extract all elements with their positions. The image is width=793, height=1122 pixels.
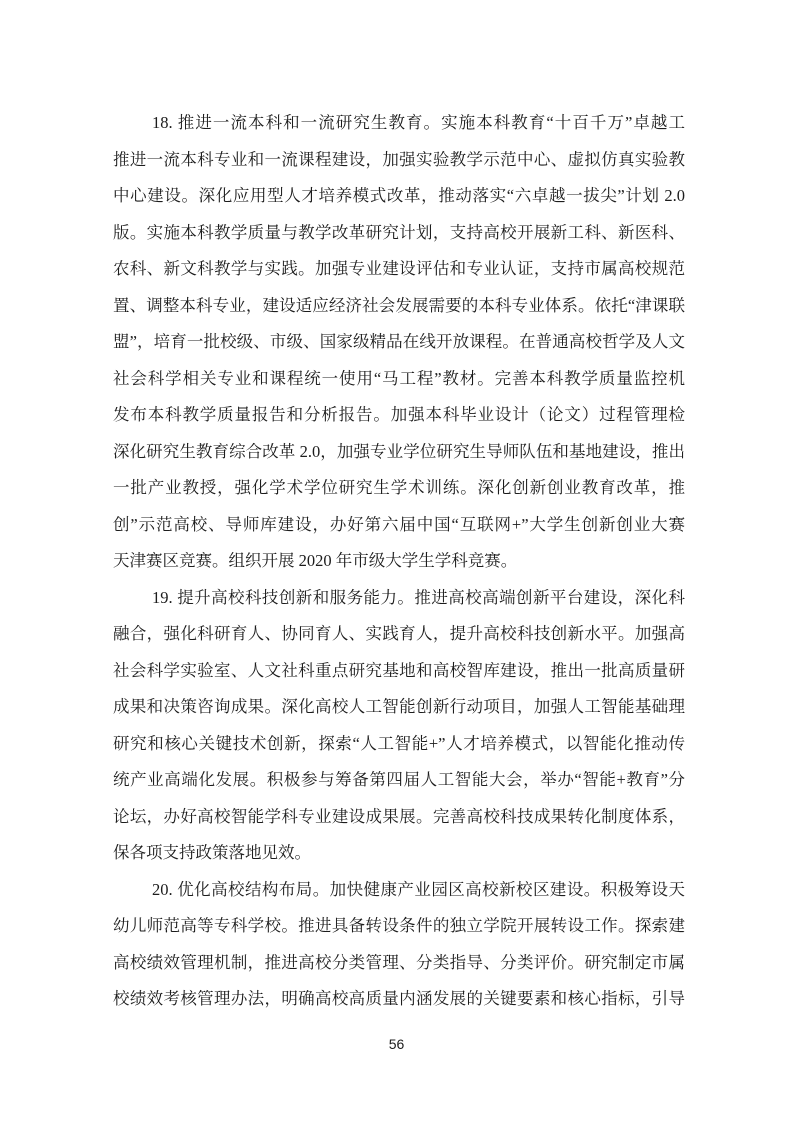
text-line: 深化研究生教育综合改革 2.0，加强专业学位研究生导师队伍和基地建设，推出 <box>113 434 685 471</box>
page-number: 56 <box>0 1036 793 1052</box>
text-line: 农科、新文科教学与实践。加强专业建设评估和专业认证，支持市属高校规范设 <box>113 251 685 288</box>
text-line: 发布本科教学质量报告和分析报告。加强本科毕业设计（论文）过程管理检查。 <box>113 397 685 434</box>
text-line: 18. 推进一流本科和一流研究生教育。实施本科教育“十百千万”卓越工程， <box>113 105 685 142</box>
paragraph-19: 19. 提升高校科技创新和服务能力。推进高校高端创新平台建设，深化科教 融合，强… <box>113 580 685 872</box>
text-line: 一批产业教授，强化学术学位研究生学术训练。深化创新创业教育改革，推进“双 <box>113 470 685 507</box>
text-line: 社会科学实验室、人文社科重点研究基地和高校智库建设，推出一批高质量研究 <box>113 653 685 690</box>
text-line: 19. 提升高校科技创新和服务能力。推进高校高端创新平台建设，深化科教 <box>113 580 685 617</box>
paragraph-18: 18. 推进一流本科和一流研究生教育。实施本科教育“十百千万”卓越工程， 推进一… <box>113 105 685 580</box>
text-line: 高校绩效管理机制，推进高校分类管理、分类指导、分类评价。研究制定市属高 <box>113 945 685 982</box>
text-line: 盟”，培育一批校级、市级、国家级精品在线开放课程。在普通高校哲学及人文 <box>113 324 685 361</box>
text-line: 保各项支持政策落地见效。 <box>113 835 685 872</box>
document-page: 18. 推进一流本科和一流研究生教育。实施本科教育“十百千万”卓越工程， 推进一… <box>0 0 793 1122</box>
text-line: 社会科学相关专业和课程统一使用“马工程”教材。完善本科教学质量监控机制， <box>113 361 685 398</box>
text-line: 天津赛区竞赛。组织开展 2020 年市级大学生学科竞赛。 <box>113 543 685 580</box>
text-line: 融合，强化科研育人、协同育人、实践育人，提升高校科技创新水平。加强高校 <box>113 616 685 653</box>
document-body: 18. 推进一流本科和一流研究生教育。实施本科教育“十百千万”卓越工程， 推进一… <box>113 105 685 1018</box>
text-line: 置、调整本科专业，建设适应经济社会发展需要的本科专业体系。依托“津课联 <box>113 288 685 325</box>
text-line: 中心建设。深化应用型人才培养模式改革，推动落实“六卓越一拔尖”计划 2.0 <box>113 178 685 215</box>
text-line: 统产业高端化发展。积极参与筹备第四届人工智能大会，举办“智能+教育”分 <box>113 762 685 799</box>
text-line: 20. 优化高校结构布局。加快健康产业园区高校新校区建设。积极筹设天津 <box>113 872 685 909</box>
text-line: 成果和决策咨询成果。深化高校人工智能创新行动项目，加强人工智能基础理论 <box>113 689 685 726</box>
text-line: 校绩效考核管理办法，明确高校高质量内涵发展的关键要素和核心指标，引导和 <box>113 981 685 1018</box>
text-line: 论坛，办好高校智能学科专业建设成果展。完善高校科技成果转化制度体系，确 <box>113 799 685 836</box>
paragraph-20: 20. 优化高校结构布局。加快健康产业园区高校新校区建设。积极筹设天津 幼儿师范… <box>113 872 685 1018</box>
text-line: 版。实施本科教学质量与教学改革研究计划，支持高校开展新工科、新医科、新 <box>113 215 685 252</box>
text-line: 幼儿师范高等专科学校。推进具备转设条件的独立学院开展转设工作。探索建立 <box>113 908 685 945</box>
text-line: 推进一流本科专业和一流课程建设，加强实验教学示范中心、虚拟仿真实验教学 <box>113 142 685 179</box>
text-line: 创”示范高校、导师库建设，办好第六届中国“互联网+”大学生创新创业大赛 <box>113 507 685 544</box>
text-line: 研究和核心关键技术创新，探索“人工智能+”人才培养模式，以智能化推动传 <box>113 726 685 763</box>
